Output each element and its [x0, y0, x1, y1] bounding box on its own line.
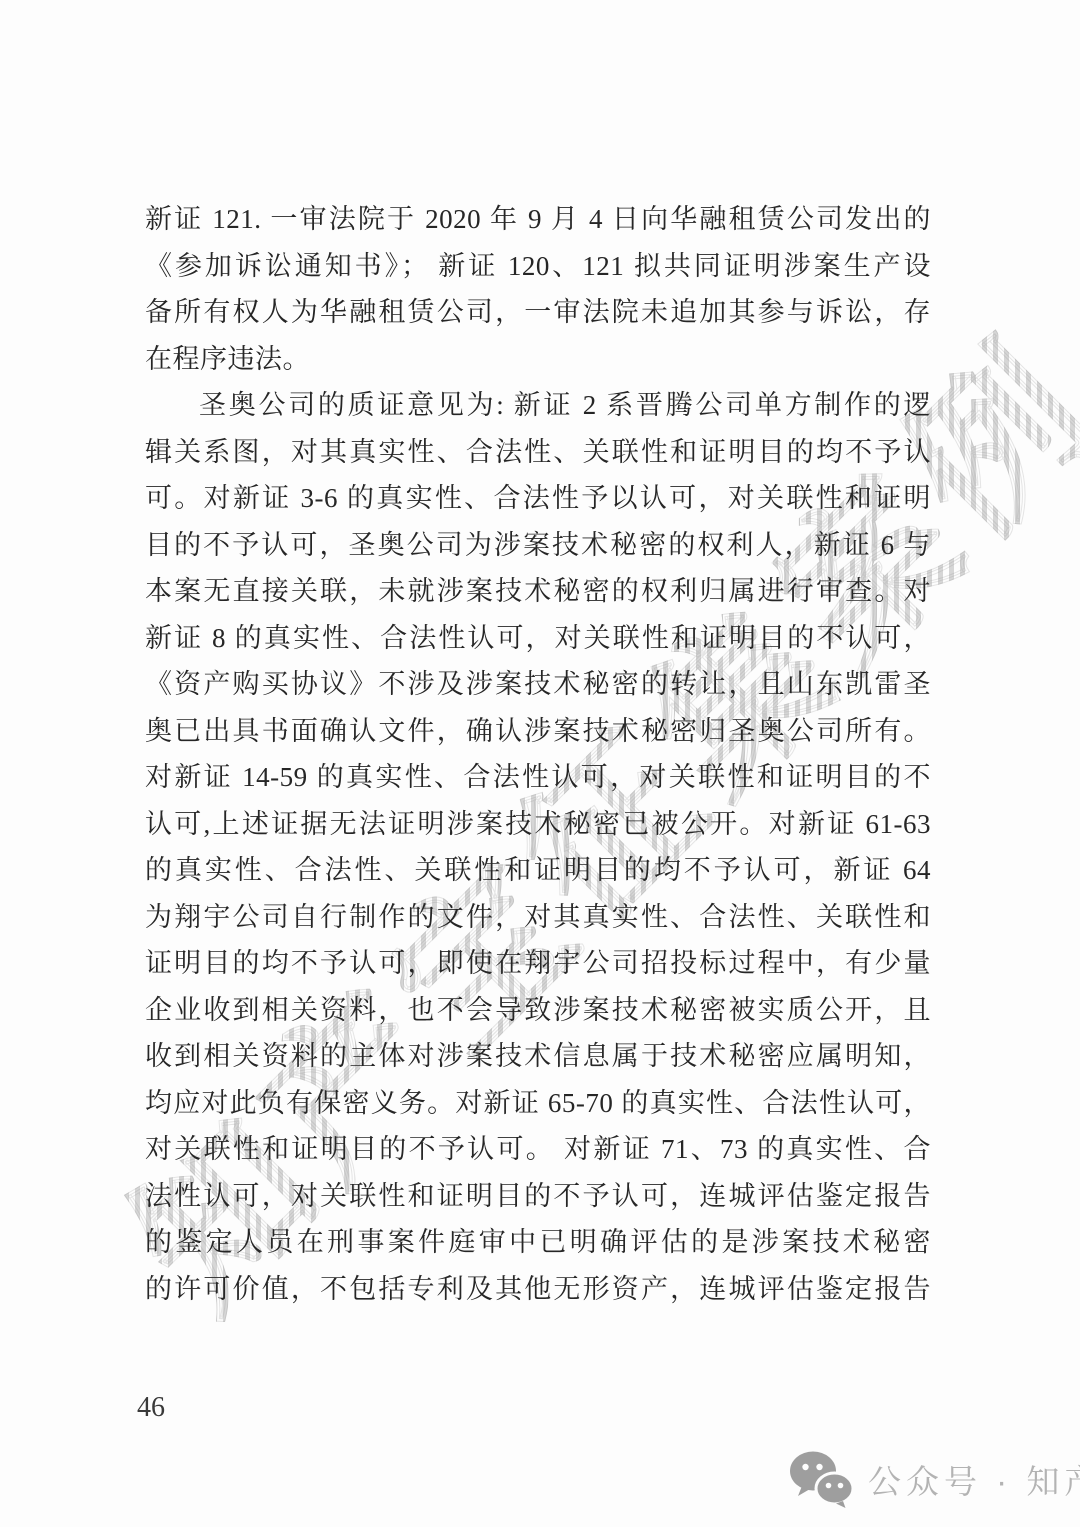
body-line: 的许可价值，不包括专利及其他无形资产，连城评估鉴定报告	[145, 1266, 931, 1313]
body-line: 的鉴定人员在刑事案件庭审中已明确评估的是涉案技术秘密	[145, 1219, 931, 1266]
body-line: 的真实性、合法性、关联性和证明目的均不予认可，新证 64	[145, 847, 931, 894]
body-line: 新证 121. 一审法院于 2020 年 9 月 4 日向华融租赁公司发出的	[145, 196, 931, 243]
body-line: 证明目的均不予认可，即使在翔宇公司招投标过程中，有少量	[145, 940, 931, 987]
body-line: 为翔宇公司自行制作的文件，对其真实性、合法性、关联性和	[145, 894, 931, 941]
body-line: 收到相关资料的主体对涉案技术信息属于技术秘密应属明知，	[145, 1033, 931, 1080]
body-line: 奥已出具书面确认文件，确认涉案技术秘密归圣奥公司所有。	[145, 708, 931, 755]
body-line: 法性认可，对关联性和证明目的不予认可，连城评估鉴定报告	[145, 1173, 931, 1220]
body-line: 备所有权人为华融租赁公司，一审法院未追加其参与诉讼，存	[145, 289, 931, 336]
body-line: 本案无直接关联，未就涉案技术秘密的权利归属进行审查。对	[145, 568, 931, 615]
footer-account-label: 公众号 · 知产宝	[868, 1456, 1080, 1503]
page-number: 46	[137, 1392, 165, 1424]
body-line: 《资产购买协议》不涉及涉案技术秘密的转让，且山东凯雷圣	[145, 661, 931, 708]
body-line: 认可,上述证据无法证明涉案技术秘密已被公开。对新证 61-63	[145, 801, 931, 848]
footer-branding: 公众号 · 知产宝	[788, 1450, 1080, 1508]
body-line: 企业收到相关资料，也不会导致涉案技术秘密被实质公开，且	[145, 987, 931, 1034]
body-line: 辑关系图，对其真实性、合法性、关联性和证明目的均不予认	[145, 429, 931, 476]
body-line: 均应对此负有保密义务。对新证 65-70 的真实性、合法性认可，	[145, 1080, 931, 1127]
body-line: 在程序违法。	[145, 336, 931, 383]
body-line: 目的不予认可，圣奥公司为涉案技术秘密的权利人，新证 6 与	[145, 522, 931, 569]
document-body: 新证 121. 一审法院于 2020 年 9 月 4 日向华融租赁公司发出的 《…	[145, 196, 931, 1312]
body-line: 对新证 14-59 的真实性、合法性认可，对关联性和证明目的不	[145, 754, 931, 801]
document-page: 知产宝征集案例 新证 121. 一审法院于 2020 年 9 月 4 日向华融租…	[0, 0, 1080, 1527]
body-line: 对关联性和证明目的不予认可。 对新证 71、73 的真实性、合	[145, 1126, 931, 1173]
body-line: 圣奥公司的质证意见为: 新证 2 系晋腾公司单方制作的逻	[145, 382, 931, 429]
wechat-icon	[788, 1450, 854, 1508]
body-line: 可。对新证 3-6 的真实性、合法性予以认可，对关联性和证明	[145, 475, 931, 522]
body-line: 《参加诉讼通知书》； 新证 120、121 拟共同证明涉案生产设	[145, 243, 931, 290]
body-line: 新证 8 的真实性、合法性认可，对关联性和证明目的不认可，	[145, 615, 931, 662]
